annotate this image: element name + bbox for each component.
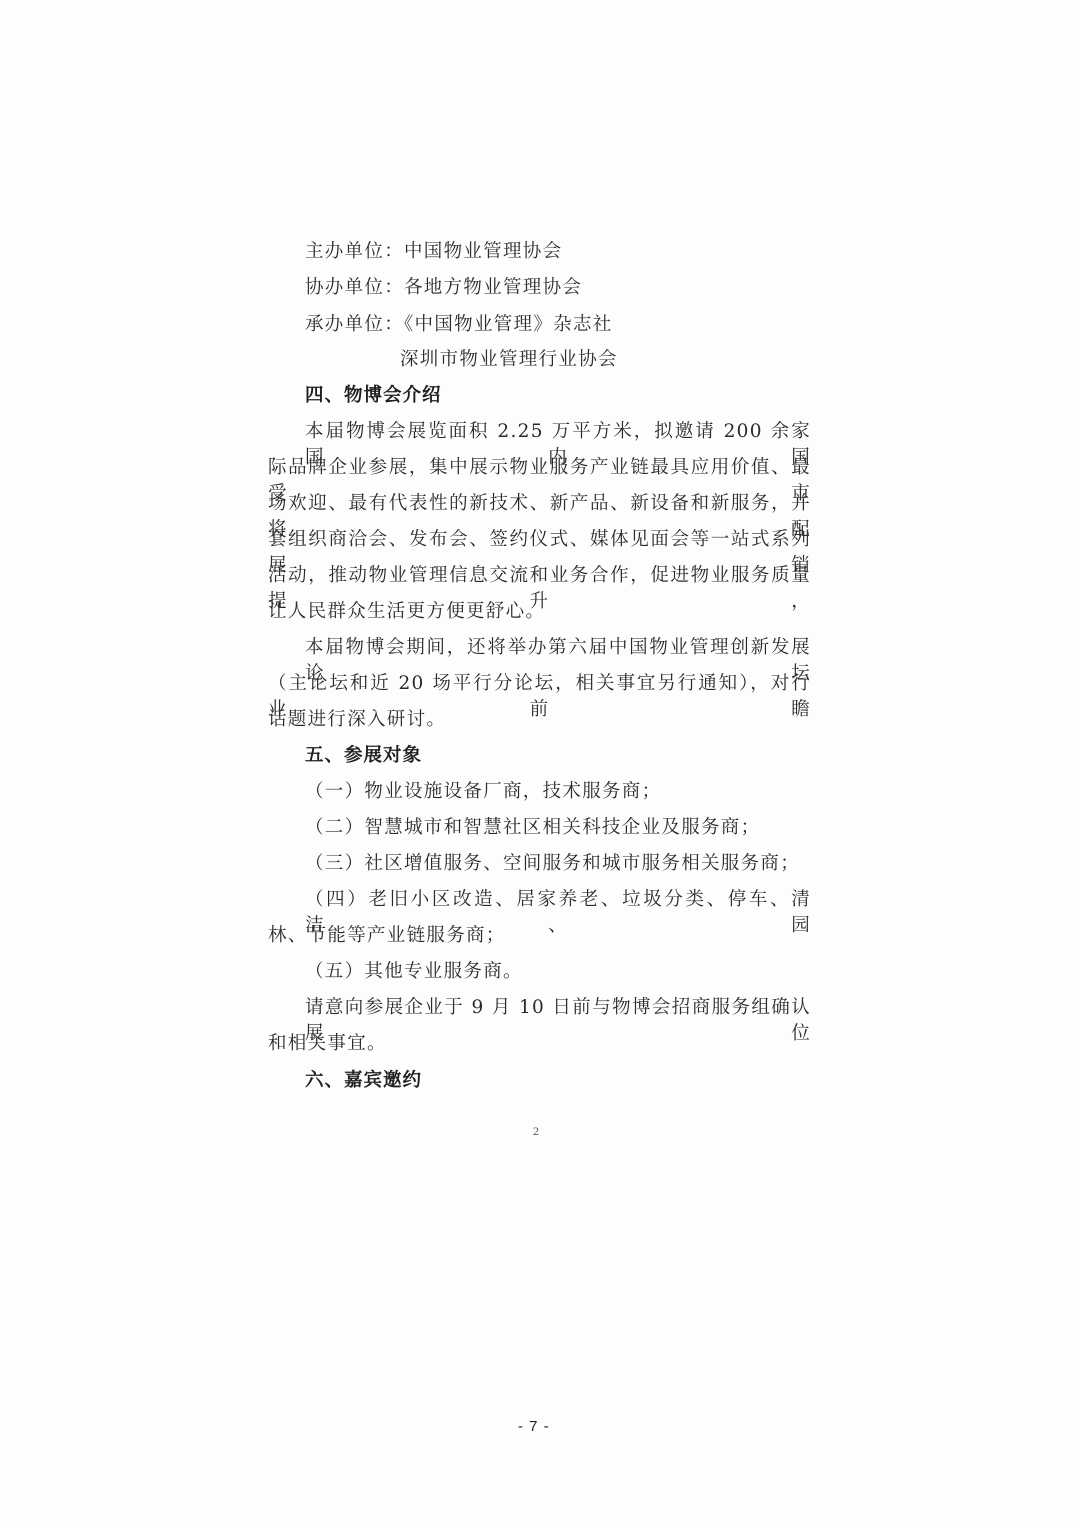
co-organizer: 协办单位：各地方物业管理协会 xyxy=(305,273,582,299)
exhibitor-item-4-cont: 林、节能等产业链服务商； xyxy=(268,921,506,947)
undertaker-1: 承办单位：《中国物业管理》杂志社 xyxy=(305,310,613,336)
note-line-2: 和相关事宜。 xyxy=(268,1029,387,1055)
document-page: 主办单位：中国物业管理协会 协办单位：各地方物业管理协会 承办单位：《中国物业管… xyxy=(0,0,1080,1527)
host-organizer: 主办单位：中国物业管理协会 xyxy=(305,237,562,263)
para1-line-6: 让人民群众生活更方便更舒心。 xyxy=(268,597,545,623)
inner-page-number: 2 xyxy=(533,1124,539,1139)
exhibitor-item-2: （二）智慧城市和智慧社区相关科技企业及服务商； xyxy=(305,813,760,839)
exhibitor-item-5: （五）其他专业服务商。 xyxy=(305,957,523,983)
undertaker-2: 深圳市物业管理行业协会 xyxy=(400,345,618,371)
exhibitor-item-1: （一）物业设施设备厂商，技术服务商； xyxy=(305,777,661,803)
para2-line-3: 话题进行深入研讨。 xyxy=(268,705,446,731)
section-5-heading: 五、参展对象 xyxy=(305,741,422,767)
page-number: - 7 - xyxy=(518,1418,550,1435)
exhibitor-item-3: （三）社区增值服务、空间服务和城市服务相关服务商； xyxy=(305,849,800,875)
section-4-heading: 四、物博会介绍 xyxy=(305,381,442,407)
section-6-heading: 六、嘉宾邀约 xyxy=(305,1066,422,1092)
